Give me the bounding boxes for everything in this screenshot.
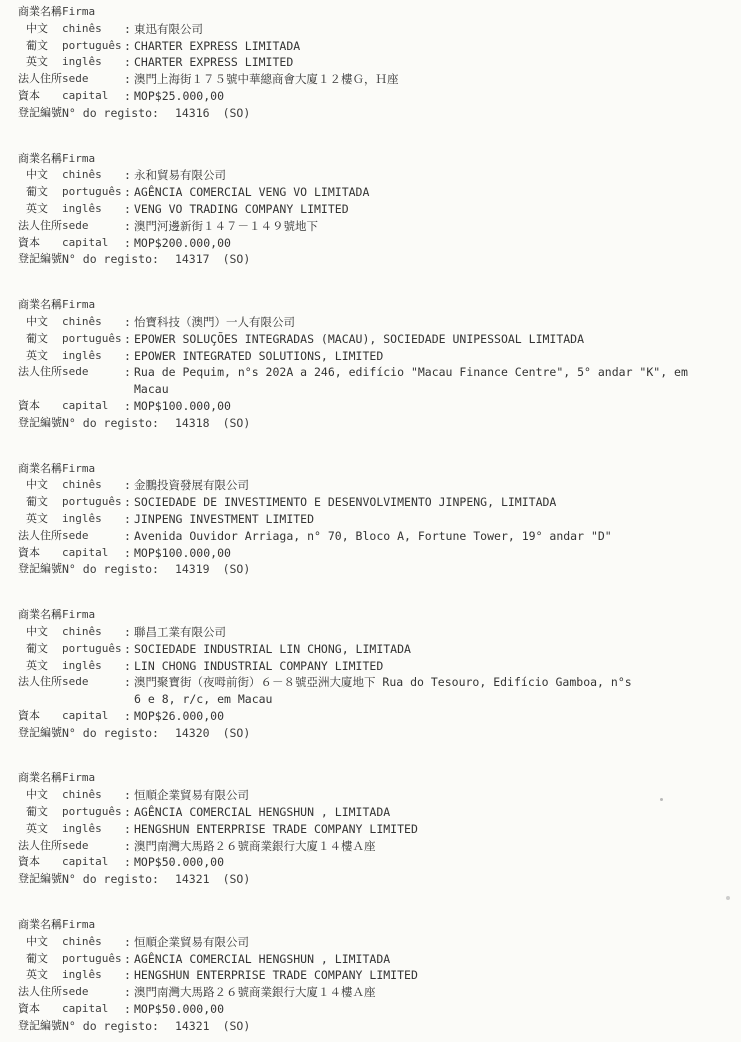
label-firma-pt: Firma — [62, 607, 124, 624]
value-registo-number: 14318 — [175, 415, 210, 432]
label-capital-pt: capital — [62, 88, 124, 105]
row-registo: 登記編號 N° do registo: 14320 (SO) — [18, 725, 725, 742]
label-english-zh: 英文 — [18, 658, 62, 675]
value-capital: MOP$100.000,00 — [134, 545, 725, 562]
row-registo: 登記編號 N° do registo: 14316 (SO) — [18, 105, 725, 122]
colon-separator: : — [124, 314, 134, 331]
label-firma-zh: 商業名稱 — [18, 917, 62, 934]
label-english-pt: inglês — [62, 658, 124, 675]
row-english-name: 英文 inglês : LIN CHONG INDUSTRIAL COMPANY… — [18, 658, 725, 675]
registry-page: 商業名稱 Firma 中文 chinês : 東迅有限公司 葡文 portugu… — [0, 0, 741, 1035]
value-english-name: CHARTER EXPRESS LIMITED — [134, 54, 725, 71]
colon-separator: : — [124, 348, 134, 365]
colon-separator: : — [124, 38, 134, 55]
row-registo: 登記編號 N° do registo: 14321 (SO) — [18, 1018, 725, 1035]
row-registo: 登記編號 N° do registo: 14321 (SO) — [18, 871, 725, 888]
row-sede: 法人住所 sede : 澳門河邊新街１４７－１４９號地下 — [18, 218, 725, 235]
row-firma: 商業名稱 Firma — [18, 461, 725, 478]
row-firma: 商業名稱 Firma — [18, 297, 725, 314]
colon-separator: : — [124, 331, 134, 348]
row-sede: 法人住所 sede : 澳門聚寶街（夜呣前街）６－８號亞洲大廈地下 Rua do… — [18, 674, 725, 708]
row-registo: 登記編號 N° do registo: 14318 (SO) — [18, 415, 725, 432]
value-sede: 澳門聚寶街（夜呣前街）６－８號亞洲大廈地下 Rua do Tesouro, Ed… — [134, 674, 725, 708]
value-sede: Avenida Ouvidor Arriaga, n° 70, Bloco A,… — [134, 528, 725, 545]
row-sede: 法人住所 sede : 澳門南灣大馬路２６號商業銀行大廈１４樓Ａ座 — [18, 984, 725, 1001]
label-portuguese-zh: 葡文 — [18, 804, 62, 821]
label-capital-zh: 資本 — [18, 545, 62, 562]
row-portuguese-name: 葡文 português : CHARTER EXPRESS LIMITADA — [18, 38, 725, 55]
value-registo-suffix: (SO) — [223, 1018, 251, 1035]
row-portuguese-name: 葡文 português : EPOWER SOLUÇÕES INTEGRADA… — [18, 331, 725, 348]
label-chinese-pt: chinês — [62, 21, 124, 38]
colon-separator: : — [124, 838, 134, 855]
colon-separator: : — [124, 71, 134, 88]
value-sede: 澳門上海街１７５號中華總商會大廈１２樓Ｇ，Ｈ座 — [134, 71, 725, 88]
colon-separator: : — [124, 201, 134, 218]
value-registo-number: 14317 — [175, 251, 210, 268]
label-english-pt: inglês — [62, 511, 124, 528]
registry-entry: 商業名稱 Firma 中文 chinês : 聯昌工業有限公司 葡文 portu… — [18, 607, 725, 741]
colon-separator: : — [124, 494, 134, 511]
label-firma-zh: 商業名稱 — [18, 607, 62, 624]
label-registo-zh: 登記編號 — [18, 871, 62, 888]
row-capital: 資本 capital : MOP$25.000,00 — [18, 88, 725, 105]
row-capital: 資本 capital : MOP$26.000,00 — [18, 708, 725, 725]
label-capital-zh: 資本 — [18, 398, 62, 415]
label-capital-pt: capital — [62, 854, 124, 871]
label-portuguese-pt: português — [62, 641, 124, 658]
value-english-name: HENGSHUN ENTERPRISE TRADE COMPANY LIMITE… — [134, 821, 725, 838]
label-registo-pt: N° do registo: — [62, 1018, 159, 1035]
row-chinese-name: 中文 chinês : 金鵬投資發展有限公司 — [18, 477, 725, 494]
value-portuguese-name: EPOWER SOLUÇÕES INTEGRADAS (MACAU), SOCI… — [134, 331, 725, 348]
value-sede: 澳門南灣大馬路２６號商業銀行大廈１４樓Ａ座 — [134, 838, 725, 855]
registry-entry: 商業名稱 Firma 中文 chinês : 怡寶科技（澳門）一人有限公司 葡文… — [18, 297, 725, 431]
label-chinese-pt: chinês — [62, 787, 124, 804]
colon-separator: : — [124, 804, 134, 821]
value-chinese-name: 永和貿易有限公司 — [134, 167, 725, 184]
label-firma-pt: Firma — [62, 917, 124, 934]
label-portuguese-zh: 葡文 — [18, 184, 62, 201]
label-capital-pt: capital — [62, 708, 124, 725]
value-capital: MOP$26.000,00 — [134, 708, 725, 725]
colon-separator: : — [124, 545, 134, 562]
label-portuguese-pt: português — [62, 951, 124, 968]
row-english-name: 英文 inglês : CHARTER EXPRESS LIMITED — [18, 54, 725, 71]
colon-separator: : — [124, 218, 134, 235]
colon-separator: : — [124, 934, 134, 951]
label-chinese-zh: 中文 — [18, 624, 62, 641]
label-sede-pt: sede — [62, 218, 124, 235]
label-portuguese-zh: 葡文 — [18, 331, 62, 348]
colon-separator: : — [124, 528, 134, 545]
label-sede-zh: 法人住所 — [18, 364, 62, 381]
colon-separator: : — [124, 477, 134, 494]
value-english-name: HENGSHUN ENTERPRISE TRADE COMPANY LIMITE… — [134, 967, 725, 984]
row-portuguese-name: 葡文 português : AGÊNCIA COMERCIAL HENGSHU… — [18, 804, 725, 821]
value-registo-number: 14319 — [175, 561, 210, 578]
row-portuguese-name: 葡文 português : SOCIEDADE INDUSTRIAL LIN … — [18, 641, 725, 658]
label-capital-zh: 資本 — [18, 88, 62, 105]
label-portuguese-zh: 葡文 — [18, 38, 62, 55]
label-firma-pt: Firma — [62, 461, 124, 478]
colon-separator: : — [124, 787, 134, 804]
row-portuguese-name: 葡文 português : AGÊNCIA COMERCIAL VENG VO… — [18, 184, 725, 201]
value-chinese-name: 聯昌工業有限公司 — [134, 624, 725, 641]
label-registo-pt: N° do registo: — [62, 251, 159, 268]
registry-entry: 商業名稱 Firma 中文 chinês : 永和貿易有限公司 葡文 portu… — [18, 151, 725, 269]
colon-separator: : — [124, 184, 134, 201]
label-chinese-pt: chinês — [62, 477, 124, 494]
colon-separator: : — [124, 364, 134, 381]
label-portuguese-zh: 葡文 — [18, 951, 62, 968]
value-registo-number: 14316 — [175, 105, 210, 122]
row-capital: 資本 capital : MOP$100.000,00 — [18, 398, 725, 415]
label-sede-zh: 法人住所 — [18, 71, 62, 88]
value-portuguese-name: SOCIEDADE DE INVESTIMENTO E DESENVOLVIME… — [134, 494, 725, 511]
scan-noise-speck — [660, 798, 663, 801]
row-sede: 法人住所 sede : Avenida Ouvidor Arriaga, n° … — [18, 528, 725, 545]
value-capital: MOP$50.000,00 — [134, 1001, 725, 1018]
label-chinese-pt: chinês — [62, 314, 124, 331]
row-capital: 資本 capital : MOP$50.000,00 — [18, 854, 725, 871]
label-registo-zh: 登記編號 — [18, 561, 62, 578]
label-registo-zh: 登記編號 — [18, 725, 62, 742]
row-registo: 登記編號 N° do registo: 14317 (SO) — [18, 251, 725, 268]
row-portuguese-name: 葡文 português : SOCIEDADE DE INVESTIMENTO… — [18, 494, 725, 511]
label-capital-zh: 資本 — [18, 235, 62, 252]
row-chinese-name: 中文 chinês : 永和貿易有限公司 — [18, 167, 725, 184]
row-english-name: 英文 inglês : EPOWER INTEGRATED SOLUTIONS,… — [18, 348, 725, 365]
label-firma-zh: 商業名稱 — [18, 461, 62, 478]
row-capital: 資本 capital : MOP$50.000,00 — [18, 1001, 725, 1018]
value-chinese-name: 恒順企業貿易有限公司 — [134, 787, 725, 804]
label-registo-pt: N° do registo: — [62, 871, 159, 888]
label-sede-pt: sede — [62, 674, 124, 691]
label-firma-pt: Firma — [62, 4, 124, 21]
row-chinese-name: 中文 chinês : 聯昌工業有限公司 — [18, 624, 725, 641]
scan-noise-speck — [726, 896, 730, 900]
colon-separator: : — [124, 967, 134, 984]
value-registo-number: 14321 — [175, 1018, 210, 1035]
colon-separator: : — [124, 674, 134, 691]
registry-entry: 商業名稱 Firma 中文 chinês : 金鵬投資發展有限公司 葡文 por… — [18, 461, 725, 579]
value-registo-number: 14320 — [175, 725, 210, 742]
label-firma-pt: Firma — [62, 770, 124, 787]
value-capital: MOP$100.000,00 — [134, 398, 725, 415]
value-portuguese-name: AGÊNCIA COMERCIAL HENGSHUN , LIMITADA — [134, 804, 725, 821]
label-chinese-zh: 中文 — [18, 477, 62, 494]
value-registo-suffix: (SO) — [223, 415, 251, 432]
label-chinese-zh: 中文 — [18, 167, 62, 184]
label-english-pt: inglês — [62, 201, 124, 218]
colon-separator: : — [124, 641, 134, 658]
label-sede-zh: 法人住所 — [18, 984, 62, 1001]
label-chinese-pt: chinês — [62, 167, 124, 184]
colon-separator: : — [124, 167, 134, 184]
colon-separator: : — [124, 658, 134, 675]
value-english-name: JINPENG INVESTMENT LIMITED — [134, 511, 725, 528]
label-portuguese-zh: 葡文 — [18, 641, 62, 658]
label-sede-pt: sede — [62, 364, 124, 381]
value-chinese-name: 恒順企業貿易有限公司 — [134, 934, 725, 951]
colon-separator: : — [124, 984, 134, 1001]
label-portuguese-pt: português — [62, 331, 124, 348]
value-registo-suffix: (SO) — [223, 561, 251, 578]
label-sede-pt: sede — [62, 71, 124, 88]
label-firma-zh: 商業名稱 — [18, 151, 62, 168]
value-portuguese-name: AGÊNCIA COMERCIAL HENGSHUN , LIMITADA — [134, 951, 725, 968]
label-english-pt: inglês — [62, 821, 124, 838]
label-capital-zh: 資本 — [18, 854, 62, 871]
row-firma: 商業名稱 Firma — [18, 917, 725, 934]
label-portuguese-pt: português — [62, 184, 124, 201]
label-registo-zh: 登記編號 — [18, 1018, 62, 1035]
label-english-zh: 英文 — [18, 967, 62, 984]
row-english-name: 英文 inglês : JINPENG INVESTMENT LIMITED — [18, 511, 725, 528]
value-chinese-name: 金鵬投資發展有限公司 — [134, 477, 725, 494]
value-english-name: LIN CHONG INDUSTRIAL COMPANY LIMITED — [134, 658, 725, 675]
colon-separator: : — [124, 88, 134, 105]
label-english-pt: inglês — [62, 54, 124, 71]
row-chinese-name: 中文 chinês : 恒順企業貿易有限公司 — [18, 787, 725, 804]
label-sede-zh: 法人住所 — [18, 528, 62, 545]
colon-separator: : — [124, 708, 134, 725]
value-chinese-name: 東迅有限公司 — [134, 21, 725, 38]
value-registo-suffix: (SO) — [223, 725, 251, 742]
value-sede: Rua de Pequim, n°s 202A a 246, edifício … — [134, 364, 725, 398]
value-capital: MOP$25.000,00 — [134, 88, 725, 105]
colon-separator: : — [124, 21, 134, 38]
colon-separator: : — [124, 398, 134, 415]
value-registo-suffix: (SO) — [223, 105, 251, 122]
label-chinese-zh: 中文 — [18, 21, 62, 38]
row-sede: 法人住所 sede : 澳門上海街１７５號中華總商會大廈１２樓Ｇ，Ｈ座 — [18, 71, 725, 88]
label-sede-pt: sede — [62, 528, 124, 545]
value-english-name: VENG VO TRADING COMPANY LIMITED — [134, 201, 725, 218]
value-chinese-name: 怡寶科技（澳門）一人有限公司 — [134, 314, 725, 331]
row-firma: 商業名稱 Firma — [18, 4, 725, 21]
value-capital: MOP$50.000,00 — [134, 854, 725, 871]
label-firma-pt: Firma — [62, 151, 124, 168]
label-registo-pt: N° do registo: — [62, 561, 159, 578]
row-english-name: 英文 inglês : VENG VO TRADING COMPANY LIMI… — [18, 201, 725, 218]
label-registo-zh: 登記編號 — [18, 251, 62, 268]
label-portuguese-pt: português — [62, 38, 124, 55]
label-english-zh: 英文 — [18, 821, 62, 838]
value-portuguese-name: SOCIEDADE INDUSTRIAL LIN CHONG, LIMITADA — [134, 641, 725, 658]
row-chinese-name: 中文 chinês : 怡寶科技（澳門）一人有限公司 — [18, 314, 725, 331]
label-sede-zh: 法人住所 — [18, 218, 62, 235]
scanned-registry-document: { "document": { "labels": { "firma_zh": … — [0, 0, 741, 1042]
label-english-zh: 英文 — [18, 201, 62, 218]
label-capital-pt: capital — [62, 235, 124, 252]
label-chinese-zh: 中文 — [18, 787, 62, 804]
label-registo-pt: N° do registo: — [62, 105, 159, 122]
value-portuguese-name: CHARTER EXPRESS LIMITADA — [134, 38, 725, 55]
value-portuguese-name: AGÊNCIA COMERCIAL VENG VO LIMITADA — [134, 184, 725, 201]
label-capital-zh: 資本 — [18, 1001, 62, 1018]
row-chinese-name: 中文 chinês : 東迅有限公司 — [18, 21, 725, 38]
registry-entry: 商業名稱 Firma 中文 chinês : 恒順企業貿易有限公司 葡文 por… — [18, 770, 725, 888]
label-chinese-zh: 中文 — [18, 314, 62, 331]
value-capital: MOP$200.000,00 — [134, 235, 725, 252]
colon-separator: : — [124, 624, 134, 641]
colon-separator: : — [124, 854, 134, 871]
label-sede-pt: sede — [62, 838, 124, 855]
colon-separator: : — [124, 821, 134, 838]
label-english-zh: 英文 — [18, 511, 62, 528]
colon-separator: : — [124, 54, 134, 71]
colon-separator: : — [124, 951, 134, 968]
label-sede-pt: sede — [62, 984, 124, 1001]
row-capital: 資本 capital : MOP$100.000,00 — [18, 545, 725, 562]
row-registo: 登記編號 N° do registo: 14319 (SO) — [18, 561, 725, 578]
registry-entry: 商業名稱 Firma 中文 chinês : 恒順企業貿易有限公司 葡文 por… — [18, 917, 725, 1035]
label-firma-zh: 商業名稱 — [18, 297, 62, 314]
label-registo-zh: 登記編號 — [18, 415, 62, 432]
value-sede: 澳門河邊新街１４７－１４９號地下 — [134, 218, 725, 235]
label-capital-pt: capital — [62, 545, 124, 562]
label-english-pt: inglês — [62, 967, 124, 984]
row-firma: 商業名稱 Firma — [18, 770, 725, 787]
label-registo-pt: N° do registo: — [62, 725, 159, 742]
label-registo-pt: N° do registo: — [62, 415, 159, 432]
label-firma-pt: Firma — [62, 297, 124, 314]
registry-entry: 商業名稱 Firma 中文 chinês : 東迅有限公司 葡文 portugu… — [18, 4, 725, 122]
label-english-pt: inglês — [62, 348, 124, 365]
row-sede: 法人住所 sede : Rua de Pequim, n°s 202A a 24… — [18, 364, 725, 398]
colon-separator: : — [124, 511, 134, 528]
label-english-zh: 英文 — [18, 348, 62, 365]
label-sede-zh: 法人住所 — [18, 674, 62, 691]
label-portuguese-pt: português — [62, 804, 124, 821]
label-chinese-pt: chinês — [62, 934, 124, 951]
label-capital-zh: 資本 — [18, 708, 62, 725]
label-firma-zh: 商業名稱 — [18, 4, 62, 21]
row-sede: 法人住所 sede : 澳門南灣大馬路２６號商業銀行大廈１４樓Ａ座 — [18, 838, 725, 855]
value-registo-suffix: (SO) — [223, 251, 251, 268]
label-portuguese-pt: português — [62, 494, 124, 511]
row-english-name: 英文 inglês : HENGSHUN ENTERPRISE TRADE CO… — [18, 821, 725, 838]
row-capital: 資本 capital : MOP$200.000,00 — [18, 235, 725, 252]
registry-entries: 商業名稱 Firma 中文 chinês : 東迅有限公司 葡文 portugu… — [18, 4, 725, 1035]
value-sede: 澳門南灣大馬路２６號商業銀行大廈１４樓Ａ座 — [134, 984, 725, 1001]
row-firma: 商業名稱 Firma — [18, 151, 725, 168]
row-portuguese-name: 葡文 português : AGÊNCIA COMERCIAL HENGSHU… — [18, 951, 725, 968]
label-english-zh: 英文 — [18, 54, 62, 71]
label-chinese-pt: chinês — [62, 624, 124, 641]
row-chinese-name: 中文 chinês : 恒順企業貿易有限公司 — [18, 934, 725, 951]
value-registo-number: 14321 — [175, 871, 210, 888]
label-chinese-zh: 中文 — [18, 934, 62, 951]
value-english-name: EPOWER INTEGRATED SOLUTIONS, LIMITED — [134, 348, 725, 365]
label-firma-zh: 商業名稱 — [18, 770, 62, 787]
row-firma: 商業名稱 Firma — [18, 607, 725, 624]
row-english-name: 英文 inglês : HENGSHUN ENTERPRISE TRADE CO… — [18, 967, 725, 984]
label-capital-pt: capital — [62, 1001, 124, 1018]
colon-separator: : — [124, 235, 134, 252]
label-portuguese-zh: 葡文 — [18, 494, 62, 511]
label-registo-zh: 登記編號 — [18, 105, 62, 122]
label-capital-pt: capital — [62, 398, 124, 415]
label-sede-zh: 法人住所 — [18, 838, 62, 855]
value-registo-suffix: (SO) — [223, 871, 251, 888]
colon-separator: : — [124, 1001, 134, 1018]
